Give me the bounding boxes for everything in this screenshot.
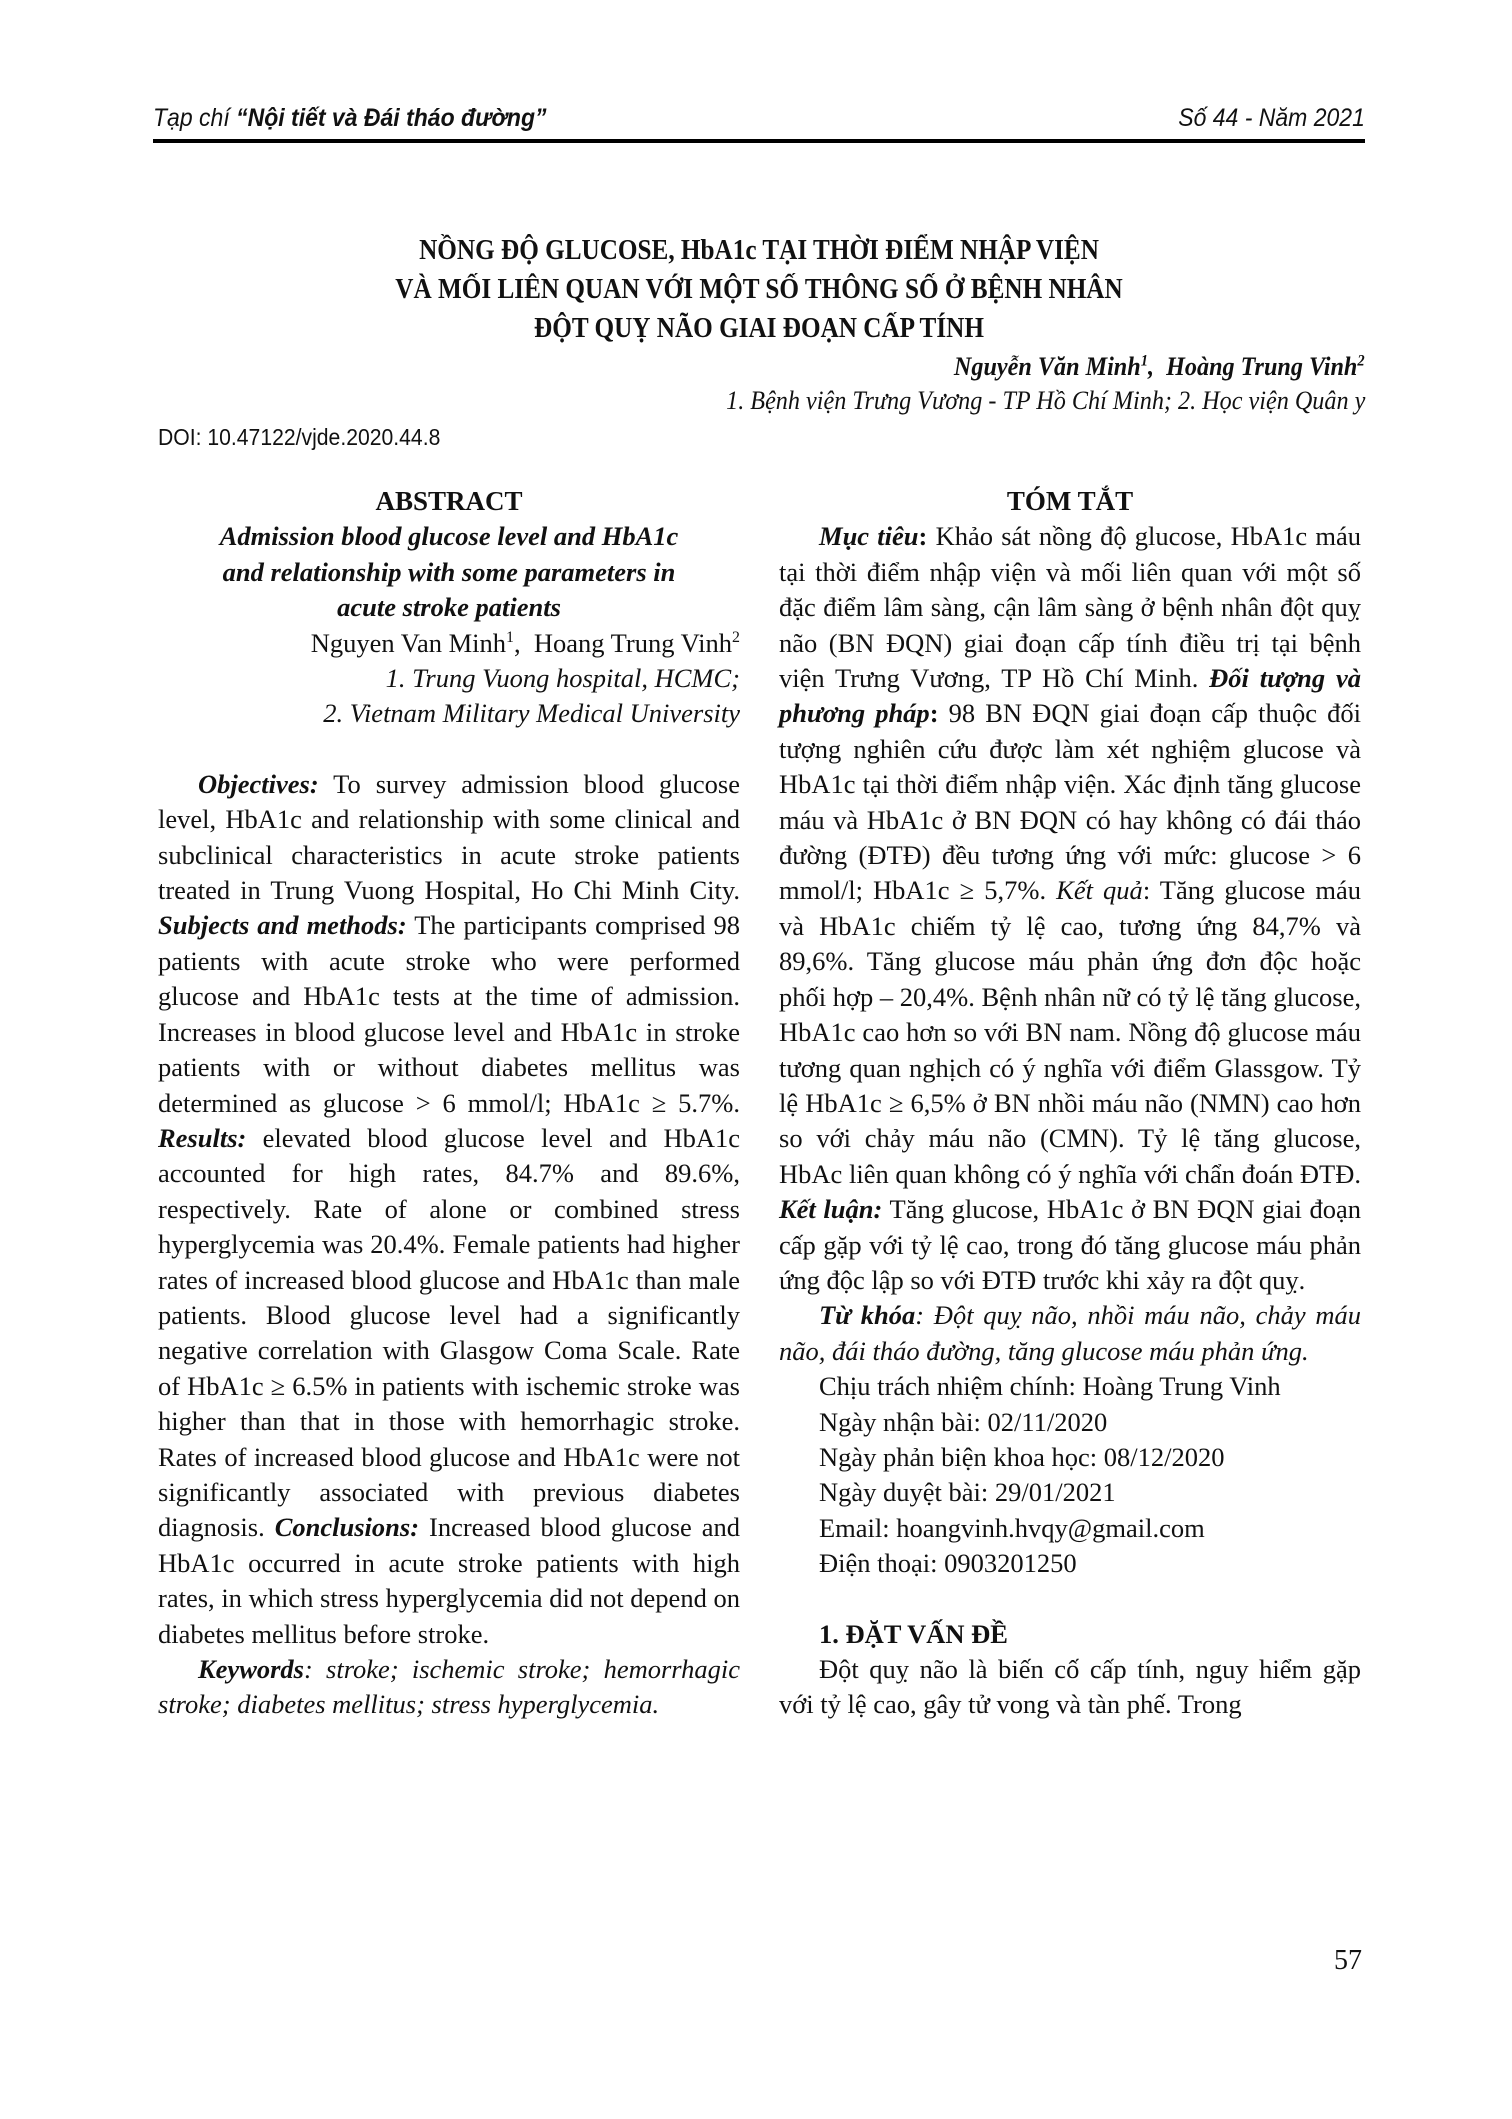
methods-colon: : xyxy=(930,698,939,728)
methods-label: Subjects and methods: xyxy=(158,910,407,940)
objectives-label: Mục tiêu xyxy=(819,521,919,551)
author-affiliation-mark: 1 xyxy=(1141,352,1148,369)
title-line: NỒNG ĐỘ GLUCOSE, HbA1c TẠI THỜI ĐIỂM NHẬ… xyxy=(214,231,1305,270)
title-line: VÀ MỐI LIÊN QUAN VỚI MỘT SỐ THÔNG SỐ Ở B… xyxy=(214,270,1305,309)
doi-link[interactable]: DOI: 10.47122/vjde.2020.44.8 xyxy=(158,424,440,451)
accepted-date: Ngày duyệt bài: 29/01/2021 xyxy=(779,1475,1361,1510)
abstract-authors: Nguyen Van Minh1, Hoang Trung Vinh2 xyxy=(158,626,740,661)
author-name: Hoang Trung Vinh xyxy=(534,628,732,658)
results-text: elevated blood glucose level and HbA1c a… xyxy=(158,1123,740,1542)
abstract-body: Objectives: To survey admission blood gl… xyxy=(158,767,740,1652)
contact-email[interactable]: Email: hoangvinh.hvqy@gmail.com xyxy=(779,1511,1361,1546)
contact-phone: Điện thoại: 0903201250 xyxy=(779,1546,1361,1581)
abstract-title-line: and relationship with some parameters in xyxy=(158,555,740,590)
article-affiliations: 1. Bệnh viện Trưng Vương - TP Hồ Chí Min… xyxy=(726,386,1365,416)
review-date: Ngày phản biện khoa học: 08/12/2020 xyxy=(779,1440,1361,1475)
tom-tat-heading: TÓM TẮT xyxy=(779,484,1361,519)
section-heading: 1. ĐẶT VẤN ĐỀ xyxy=(779,1617,1361,1652)
conclusions-label: Kết luận: xyxy=(779,1194,882,1224)
abstract-vietnamese: TÓM TẮT Mục tiêu: Khảo sát nồng độ gluco… xyxy=(779,484,1361,1723)
author-affiliation-mark: 1 xyxy=(506,629,514,646)
methods-text: The participants comprised 98 patients w… xyxy=(158,910,740,1117)
tu-khoa: Từ khóa: Đột quỵ não, nhồi máu não, chảy… xyxy=(779,1298,1361,1369)
issue-info: Số 44 - Năm 2021 xyxy=(1178,104,1365,133)
abstract-english: ABSTRACT Admission blood glucose level a… xyxy=(158,484,740,1723)
keywords-label: Keywords xyxy=(198,1654,304,1684)
author-name: Nguyễn Văn Minh xyxy=(954,352,1141,381)
keywords-colon: : xyxy=(304,1654,313,1684)
section-body: Đột quỵ não là biến cố cấp tính, nguy hi… xyxy=(779,1652,1361,1723)
author-affiliation-mark: 2 xyxy=(1358,352,1365,369)
results-text: Tăng glucose máu và HbA1c chiếm tỷ lệ ca… xyxy=(779,875,1361,1188)
journal-prefix: Tạp chí xyxy=(153,104,236,132)
abstract-affiliation: 2. Vietnam Military Medical University xyxy=(158,696,740,731)
received-date: Ngày nhận bài: 02/11/2020 xyxy=(779,1405,1361,1440)
abstract-heading: ABSTRACT xyxy=(158,484,740,519)
journal-name: “Nội tiết và Đái tháo đường” xyxy=(236,104,546,132)
results-label: Results: xyxy=(158,1123,246,1153)
title-line: ĐỘT QUỴ NÃO GIAI ĐOẠN CẤP TÍNH xyxy=(214,309,1305,348)
conclusions-label: Conclusions: xyxy=(275,1512,419,1542)
abstract-title-line: acute stroke patients xyxy=(158,590,740,625)
results-label: Kết quả xyxy=(1056,875,1143,905)
author-affiliation-mark: 2 xyxy=(732,629,740,646)
tom-tat-body: Mục tiêu: Khảo sát nồng độ glucose, HbA1… xyxy=(779,519,1361,1298)
article-authors: Nguyễn Văn Minh1, Hoàng Trung Vinh2 xyxy=(954,352,1365,382)
abstract-affiliation: 1. Trung Vuong hospital, HCMC; xyxy=(158,661,740,696)
keywords: Keywords: stroke; ischemic stroke; hemor… xyxy=(158,1652,740,1723)
abstract-title-line: Admission blood glucose level and HbA1c xyxy=(158,519,740,554)
keywords-colon: : xyxy=(915,1300,924,1330)
running-header: Tạp chí “Nội tiết và Đái tháo đường” Số … xyxy=(153,104,1365,134)
keywords-label: Từ khóa xyxy=(819,1300,915,1330)
author-name: Nguyen Van Minh xyxy=(311,628,506,658)
objectives-label: Objectives: xyxy=(198,769,319,799)
header-rule xyxy=(153,139,1365,143)
author-name: Hoàng Trung Vinh xyxy=(1166,352,1357,381)
page-number: 57 xyxy=(1334,1945,1362,1977)
article-title: NỒNG ĐỘ GLUCOSE, HbA1c TẠI THỜI ĐIỂM NHẬ… xyxy=(153,231,1365,348)
corresponding-author: Chịu trách nhiệm chính: Hoàng Trung Vinh xyxy=(779,1369,1361,1404)
journal-page: Tạp chí “Nội tiết và Đái tháo đường” Số … xyxy=(0,0,1512,2119)
journal-title: Tạp chí “Nội tiết và Đái tháo đường” xyxy=(153,104,547,133)
